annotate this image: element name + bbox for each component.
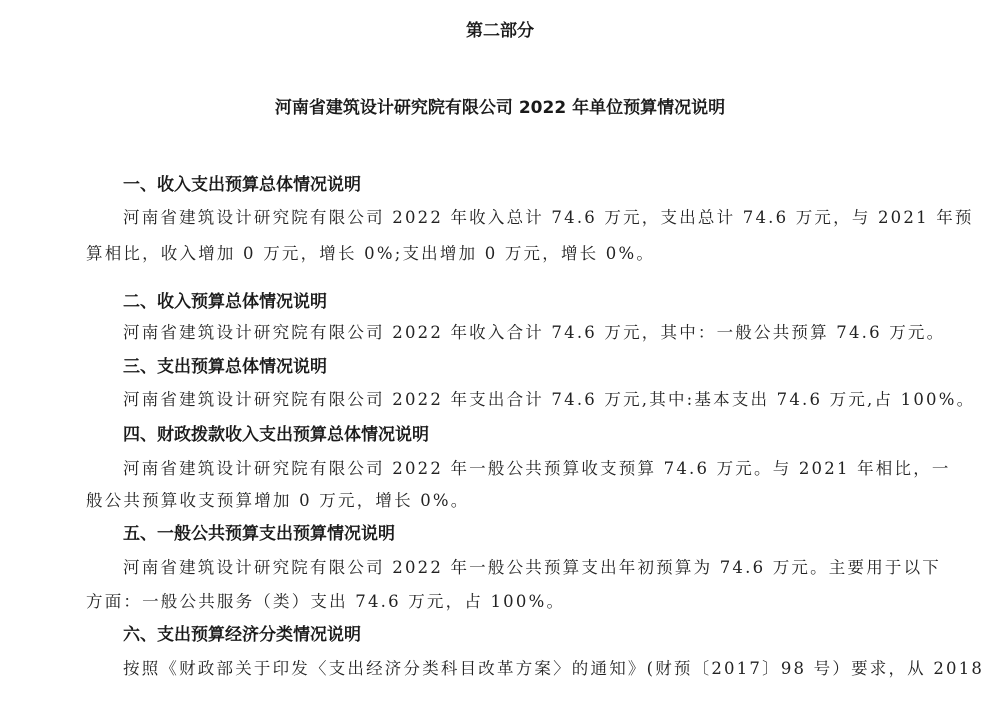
section-2-line-1: 河南省建筑设计研究院有限公司 2022 年收入合计 74.6 万元，其中：一般公… — [123, 319, 945, 343]
section-heading-6: 六、支出预算经济分类情况说明 — [123, 620, 361, 645]
section-5-line-1: 河南省建筑设计研究院有限公司 2022 年一般公共预算支出年初预算为 74.6 … — [123, 554, 941, 578]
section-4-line-2: 般公共预算收支预算增加 0 万元，增长 0%。 — [86, 487, 470, 511]
section-1-line-2: 算相比，收入增加 0 万元，增长 0%;支出增加 0 万元，增长 0%。 — [86, 240, 655, 264]
section-3-line-1: 河南省建筑设计研究院有限公司 2022 年支出合计 74.6 万元,其中:基本支… — [123, 386, 975, 410]
section-heading-2: 二、收入预算总体情况说明 — [123, 287, 327, 312]
section-heading-5: 五、一般公共预算支出预算情况说明 — [123, 519, 395, 544]
document-title: 河南省建筑设计研究院有限公司 2022 年单位预算情况说明 — [0, 93, 1000, 118]
section-heading-1: 一、收入支出预算总体情况说明 — [123, 170, 361, 195]
section-4-line-1: 河南省建筑设计研究院有限公司 2022 年一般公共预算收支预算 74.6 万元。… — [123, 455, 951, 479]
part-title: 第二部分 — [0, 16, 1000, 41]
section-5-line-2: 方面：一般公共服务（类）支出 74.6 万元，占 100%。 — [86, 588, 565, 612]
section-heading-4: 四、财政拨款收入支出预算总体情况说明 — [123, 420, 429, 445]
section-heading-3: 三、支出预算总体情况说明 — [123, 352, 327, 377]
document-page: 第二部分 河南省建筑设计研究院有限公司 2022 年单位预算情况说明 一、收入支… — [0, 0, 1000, 707]
section-1-line-1: 河南省建筑设计研究院有限公司 2022 年收入总计 74.6 万元，支出总计 7… — [123, 204, 974, 228]
section-6-line-1: 按照《财政部关于印发〈支出经济分类科目改革方案〉的通知》(财预〔2017〕98 … — [123, 655, 984, 679]
